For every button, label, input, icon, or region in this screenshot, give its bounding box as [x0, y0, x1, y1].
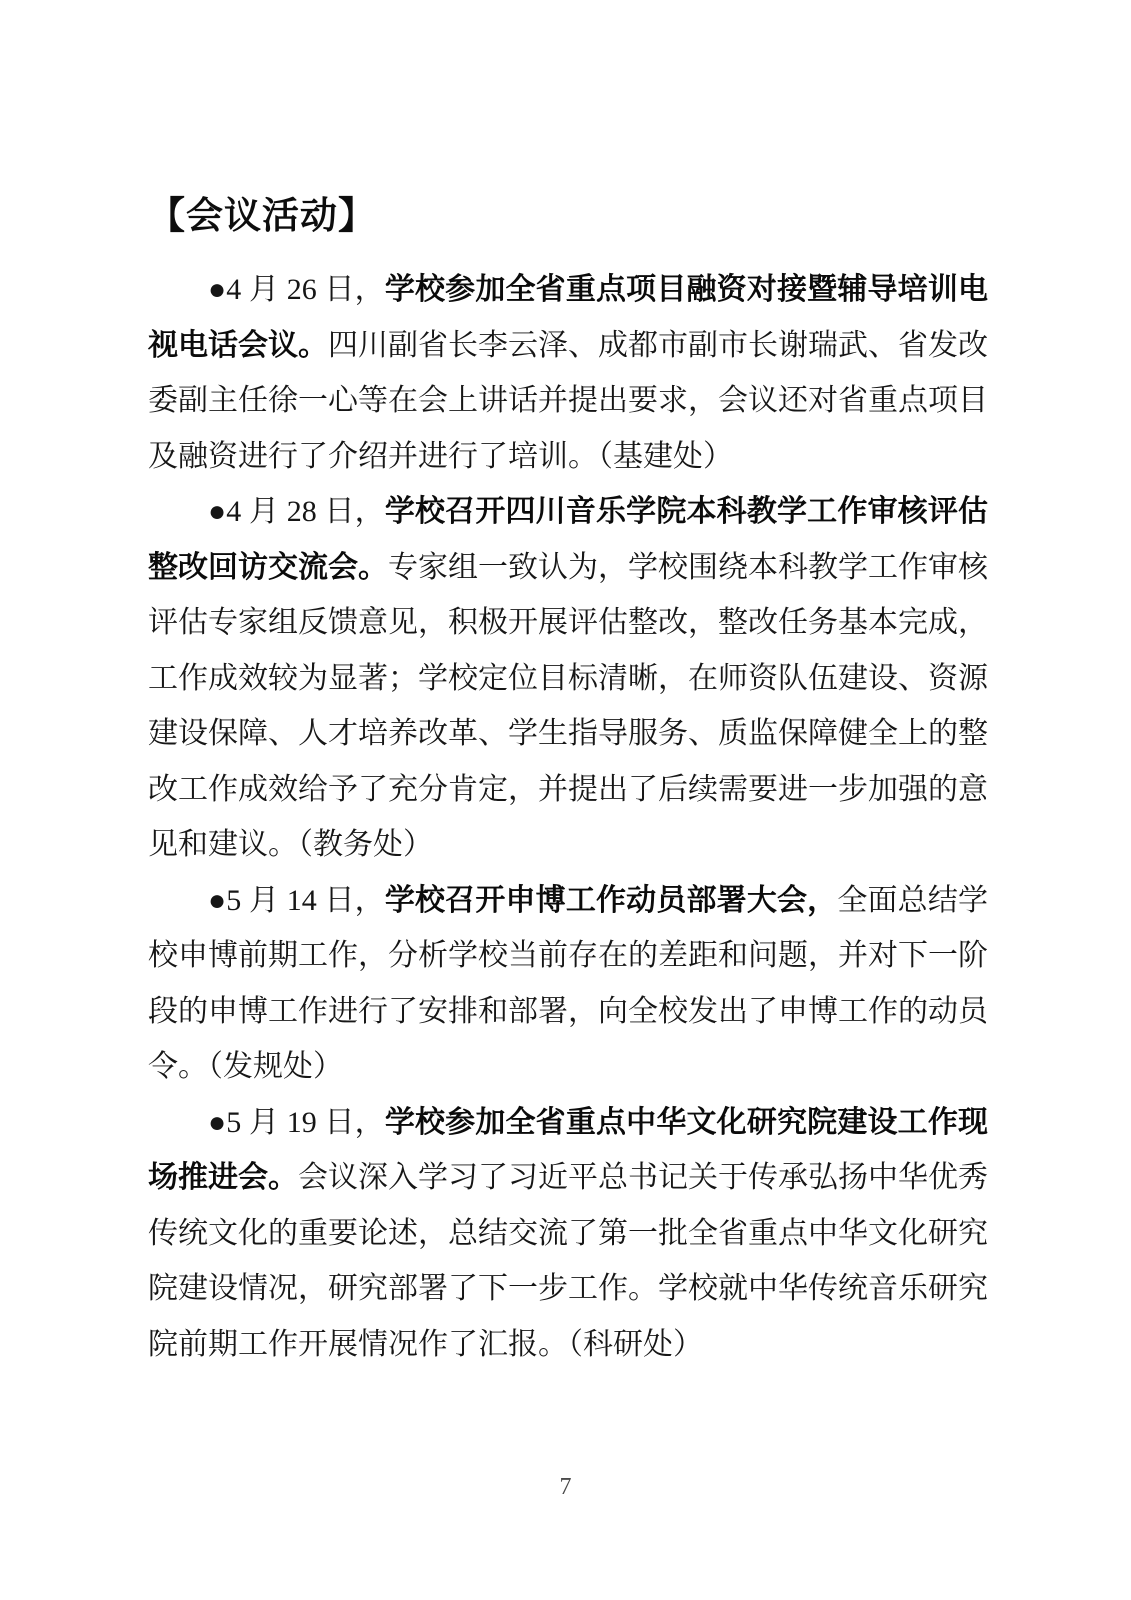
bullet-date: ●4 月 28 日， [208, 495, 385, 528]
bullet-date: ●4 月 26 日， [208, 273, 385, 306]
paragraph-body: 专家组一致认为，学校围绕本科教学工作审核评估专家组反馈意见，积极开展评估整改，整… [148, 551, 988, 862]
bullet-date: ●5 月 14 日， [208, 884, 385, 917]
page-number: 7 [0, 1474, 1131, 1501]
document-content: 【会议活动】 ●4 月 26 日，学校参加全省重点项目融资对接暨辅导培训电视电话… [148, 192, 988, 1372]
section-title: 【会议活动】 [148, 192, 988, 240]
bullet-date: ●5 月 19 日， [208, 1106, 385, 1139]
paragraph-meeting-1: ●4 月 26 日，学校参加全省重点项目融资对接暨辅导培训电视电话会议。四川副省… [148, 262, 988, 484]
document-page: 【会议活动】 ●4 月 26 日，学校参加全省重点项目融资对接暨辅导培训电视电话… [0, 0, 1131, 1600]
paragraph-meeting-3: ●5 月 14 日，学校召开申博工作动员部署大会，全面总结学校申博前期工作，分析… [148, 873, 988, 1095]
paragraph-meeting-2: ●4 月 28 日，学校召开四川音乐学院本科教学工作审核评估整改回访交流会。专家… [148, 484, 988, 873]
paragraph-meeting-4: ●5 月 19 日，学校参加全省重点中华文化研究院建设工作现场推进会。会议深入学… [148, 1095, 988, 1373]
meeting-title: 学校召开申博工作动员部署大会， [385, 884, 838, 917]
